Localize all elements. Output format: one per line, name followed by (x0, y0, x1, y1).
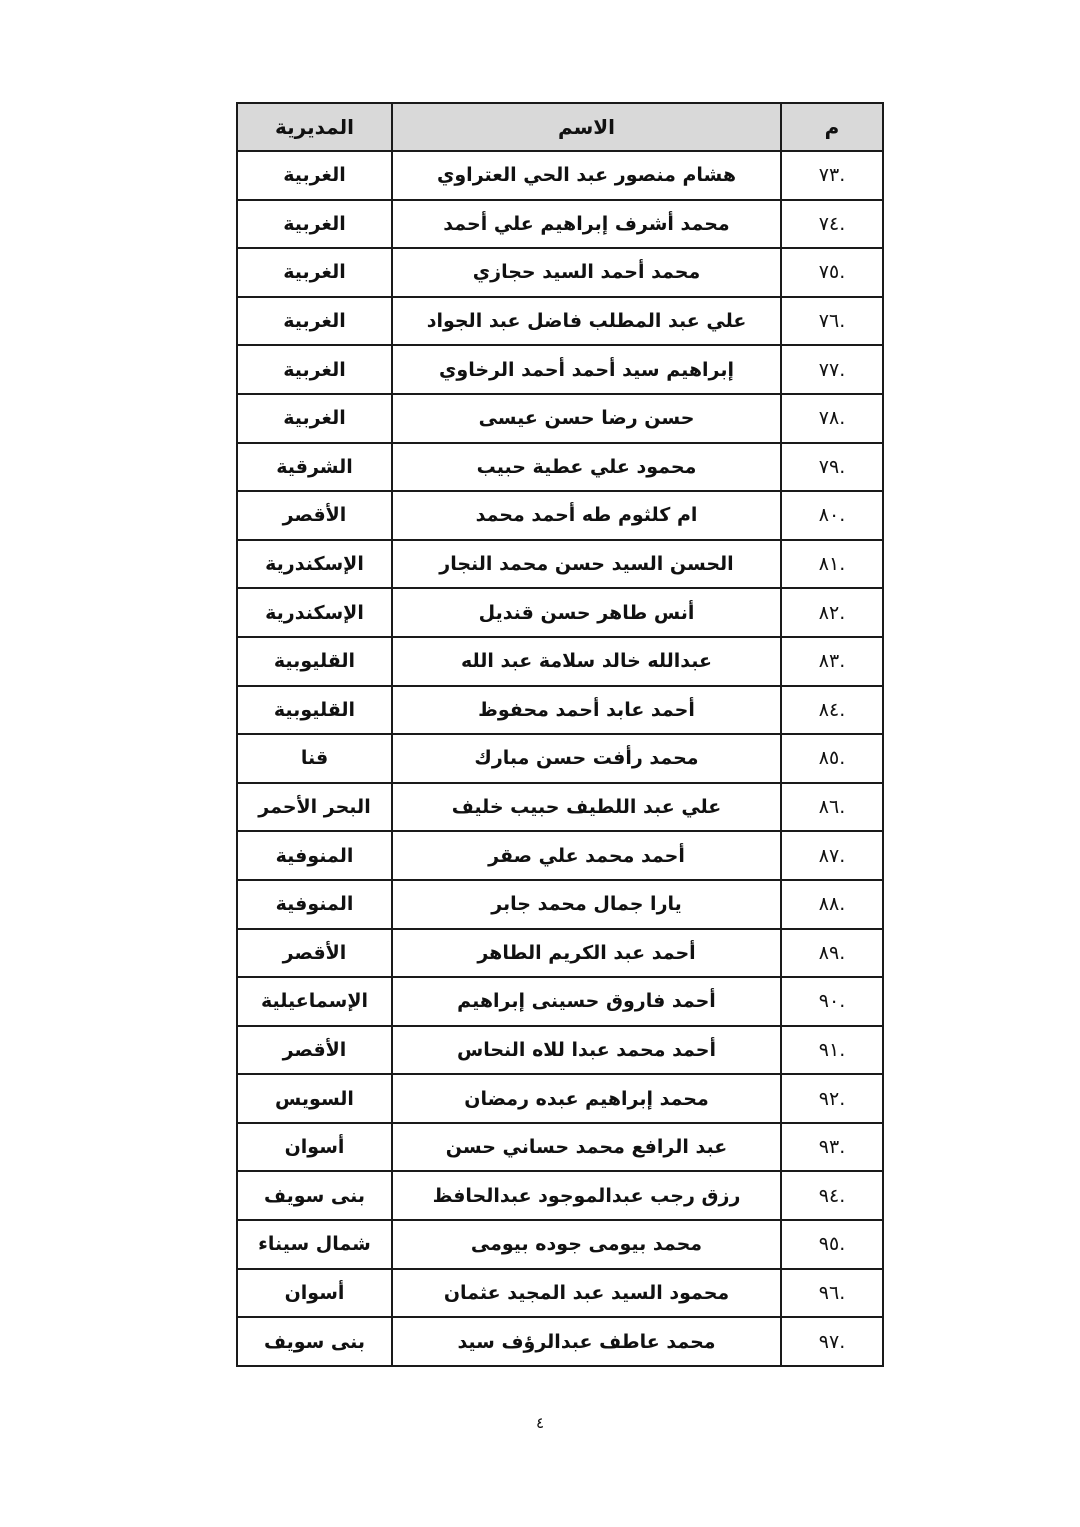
row-number: .٨٣ (781, 637, 883, 686)
row-directorate: البحر الأحمر (237, 783, 392, 832)
table-row: .٩٤رزق رجب عبدالموجود عبدالحافظبنى سويف (237, 1171, 883, 1220)
row-name: محمد عاطف عبدالرؤف سيد (392, 1317, 781, 1366)
row-directorate: بنى سويف (237, 1171, 392, 1220)
table-row: .٨٣عبدالله خالد سلامة عبد اللهالقليوبية (237, 637, 883, 686)
row-directorate: الأقصر (237, 491, 392, 540)
row-directorate: الإسماعيلية (237, 977, 392, 1026)
table-row: .٧٧إبراهيم سيد أحمد أحمد الرخاويالغربية (237, 345, 883, 394)
row-directorate: السويس (237, 1074, 392, 1123)
row-directorate: القليوبية (237, 686, 392, 735)
row-name: حسن رضا حسن عيسى (392, 394, 781, 443)
row-number: .٧٤ (781, 200, 883, 249)
table-row: .٩٣عبد الرافع محمد حساني حسنأسوان (237, 1123, 883, 1172)
row-name: محمود السيد عبد المجيد عثمان (392, 1269, 781, 1318)
row-directorate: بنى سويف (237, 1317, 392, 1366)
row-directorate: المنوفية (237, 831, 392, 880)
row-name: أحمد عبد الكريم الطاهر (392, 929, 781, 978)
table-row: .٨٨يارا جمال محمد جابرالمنوفية (237, 880, 883, 929)
row-number: .٩٦ (781, 1269, 883, 1318)
row-number: .٨٢ (781, 588, 883, 637)
table-row: .٩٠أحمد فاروق حسينى إبراهيمالإسماعيلية (237, 977, 883, 1026)
row-name: أحمد محمد عبدا للاه النحاس (392, 1026, 781, 1075)
row-number: .٨٨ (781, 880, 883, 929)
table-row: .٧٦علي عبد المطلب فاضل عبد الجوادالغربية (237, 297, 883, 346)
header-directorate: المديرية (237, 103, 392, 151)
row-name: محمد بيومى جوده بيومى (392, 1220, 781, 1269)
header-name: الاسم (392, 103, 781, 151)
row-name: يارا جمال محمد جابر (392, 880, 781, 929)
row-directorate: الأقصر (237, 1026, 392, 1075)
row-name: محمد أشرف إبراهيم علي أحمد (392, 200, 781, 249)
table-row: .٩٥محمد بيومى جوده بيومىشمال سيناء (237, 1220, 883, 1269)
table-row: .٨٤أحمد عابد أحمد محفوظالقليوبية (237, 686, 883, 735)
names-table: م الاسم المديرية .٧٣هشام منصور عبد الحي … (236, 102, 884, 1367)
table-row: .٩٢محمد إبراهيم عبده رمضانالسويس (237, 1074, 883, 1123)
row-name: علي عبد اللطيف حبيب خليف (392, 783, 781, 832)
row-name: محمد إبراهيم عبده رمضان (392, 1074, 781, 1123)
row-directorate: الغربية (237, 345, 392, 394)
table-row: .٨٦علي عبد اللطيف حبيب خليفالبحر الأحمر (237, 783, 883, 832)
table-row: .٩١أحمد محمد عبدا للاه النحاسالأقصر (237, 1026, 883, 1075)
row-directorate: أسوان (237, 1269, 392, 1318)
row-number: .٨٩ (781, 929, 883, 978)
table-row: .٩٧محمد عاطف عبدالرؤف سيدبنى سويف (237, 1317, 883, 1366)
row-name: محمد رأفت حسن مبارك (392, 734, 781, 783)
row-name: هشام منصور عبد الحي العتراوي (392, 151, 781, 200)
row-name: ام كلثوم طه أحمد محمد (392, 491, 781, 540)
row-directorate: الشرقية (237, 443, 392, 492)
row-number: .٩٣ (781, 1123, 883, 1172)
row-name: أحمد محمد علي صقر (392, 831, 781, 880)
table-row: .٨٠ام كلثوم طه أحمد محمدالأقصر (237, 491, 883, 540)
row-name: محمود علي عطية حبيب (392, 443, 781, 492)
row-name: أنس طاهر حسن قنديل (392, 588, 781, 637)
row-number: .٨١ (781, 540, 883, 589)
row-name: أحمد عابد أحمد محفوظ (392, 686, 781, 735)
table-row: .٩٦محمود السيد عبد المجيد عثمانأسوان (237, 1269, 883, 1318)
row-directorate: قنا (237, 734, 392, 783)
row-name: أحمد فاروق حسينى إبراهيم (392, 977, 781, 1026)
row-name: علي عبد المطلب فاضل عبد الجواد (392, 297, 781, 346)
page-number: ٤ (0, 1414, 1080, 1432)
table-row: .٨٢أنس طاهر حسن قنديلالإسكندرية (237, 588, 883, 637)
row-name: الحسن السيد حسن محمد النجار (392, 540, 781, 589)
row-directorate: القليوبية (237, 637, 392, 686)
table-row: .٨٥محمد رأفت حسن مباركقنا (237, 734, 883, 783)
table-row: .٧٩محمود علي عطية حبيبالشرقية (237, 443, 883, 492)
row-directorate: الغربية (237, 297, 392, 346)
row-number: .٩٥ (781, 1220, 883, 1269)
header-number: م (781, 103, 883, 151)
table-row: .٨٧أحمد محمد علي صقرالمنوفية (237, 831, 883, 880)
row-number: .٧٧ (781, 345, 883, 394)
row-number: .٨٠ (781, 491, 883, 540)
row-directorate: شمال سيناء (237, 1220, 392, 1269)
row-number: .٩٤ (781, 1171, 883, 1220)
row-number: .٧٥ (781, 248, 883, 297)
row-name: عبد الرافع محمد حساني حسن (392, 1123, 781, 1172)
row-number: .٧٦ (781, 297, 883, 346)
table-row: .٨١الحسن السيد حسن محمد النجارالإسكندرية (237, 540, 883, 589)
row-directorate: الغربية (237, 248, 392, 297)
row-directorate: المنوفية (237, 880, 392, 929)
row-name: رزق رجب عبدالموجود عبدالحافظ (392, 1171, 781, 1220)
row-number: .٩٠ (781, 977, 883, 1026)
row-number: .٨٦ (781, 783, 883, 832)
row-directorate: الإسكندرية (237, 540, 392, 589)
row-number: .٨٤ (781, 686, 883, 735)
row-number: .٧٣ (781, 151, 883, 200)
table-row: .٧٨حسن رضا حسن عيسىالغربية (237, 394, 883, 443)
row-number: .٧٩ (781, 443, 883, 492)
row-number: .٩٧ (781, 1317, 883, 1366)
row-name: إبراهيم سيد أحمد أحمد الرخاوي (392, 345, 781, 394)
table-row: .٨٩أحمد عبد الكريم الطاهرالأقصر (237, 929, 883, 978)
row-directorate: الغربية (237, 151, 392, 200)
table-row: .٧٤محمد أشرف إبراهيم علي أحمدالغربية (237, 200, 883, 249)
row-name: عبدالله خالد سلامة عبد الله (392, 637, 781, 686)
row-number: .٩٢ (781, 1074, 883, 1123)
table-row: .٧٥محمد أحمد السيد حجازيالغربية (237, 248, 883, 297)
row-directorate: الغربية (237, 200, 392, 249)
row-directorate: الغربية (237, 394, 392, 443)
table-row: .٧٣هشام منصور عبد الحي العتراويالغربية (237, 151, 883, 200)
names-table-container: م الاسم المديرية .٧٣هشام منصور عبد الحي … (236, 102, 882, 1367)
row-number: .٩١ (781, 1026, 883, 1075)
row-number: .٨٥ (781, 734, 883, 783)
row-directorate: الأقصر (237, 929, 392, 978)
row-number: .٧٨ (781, 394, 883, 443)
row-name: محمد أحمد السيد حجازي (392, 248, 781, 297)
row-directorate: أسوان (237, 1123, 392, 1172)
table-header-row: م الاسم المديرية (237, 103, 883, 151)
row-number: .٨٧ (781, 831, 883, 880)
row-directorate: الإسكندرية (237, 588, 392, 637)
